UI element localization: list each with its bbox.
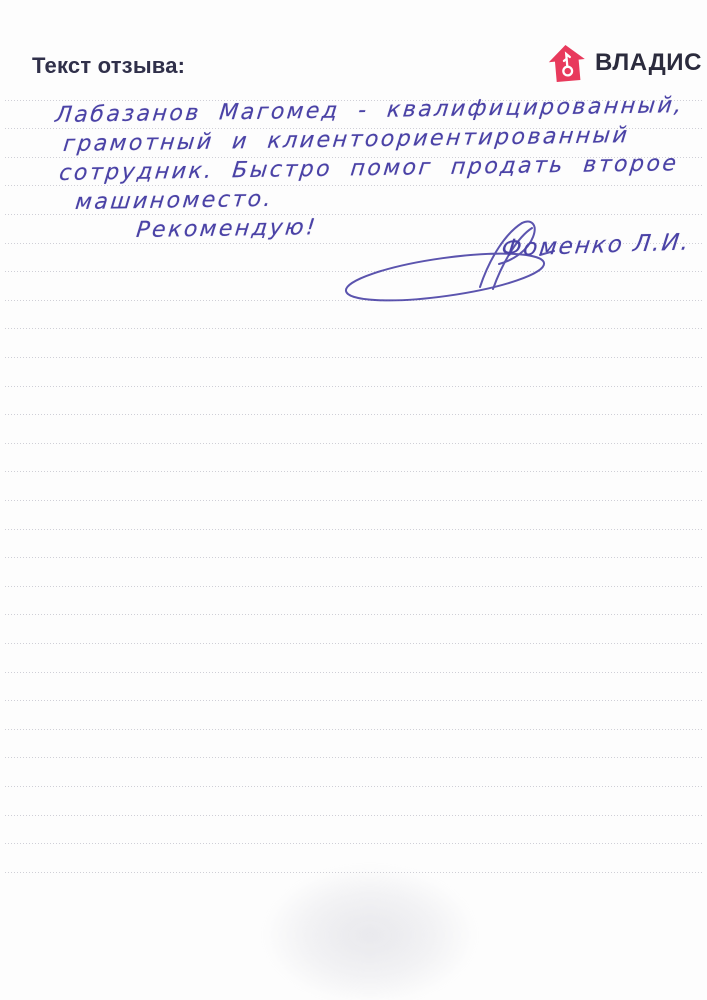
ruled-line bbox=[5, 500, 702, 501]
ruled-line bbox=[5, 471, 702, 472]
ruled-line bbox=[5, 443, 702, 444]
ruled-line bbox=[5, 185, 702, 186]
ruled-line bbox=[5, 614, 702, 615]
ruled-line bbox=[5, 757, 702, 758]
ruled-line bbox=[5, 529, 702, 530]
ruled-line bbox=[5, 386, 702, 387]
handwriting-line-4: машиноместо. bbox=[74, 187, 275, 215]
ruled-line bbox=[5, 586, 702, 587]
ruled-line bbox=[5, 815, 702, 816]
ruled-line bbox=[5, 843, 702, 844]
ruled-line bbox=[5, 729, 702, 730]
ruled-line bbox=[5, 643, 702, 644]
handwriting-line-5: Рекомендую! bbox=[135, 215, 319, 243]
signature-flourish-icon bbox=[330, 215, 575, 310]
ruled-line bbox=[5, 357, 702, 358]
ruled-line bbox=[5, 672, 702, 673]
ruled-line bbox=[5, 328, 702, 329]
ruled-line bbox=[5, 700, 702, 701]
ruled-line bbox=[5, 557, 702, 558]
ruled-line bbox=[5, 786, 702, 787]
ruled-line bbox=[5, 414, 702, 415]
ruled-line bbox=[5, 872, 702, 873]
scanned-review-page: Текст отзыва: ВЛАДИС Лабазанов Магомед -… bbox=[0, 0, 707, 1000]
